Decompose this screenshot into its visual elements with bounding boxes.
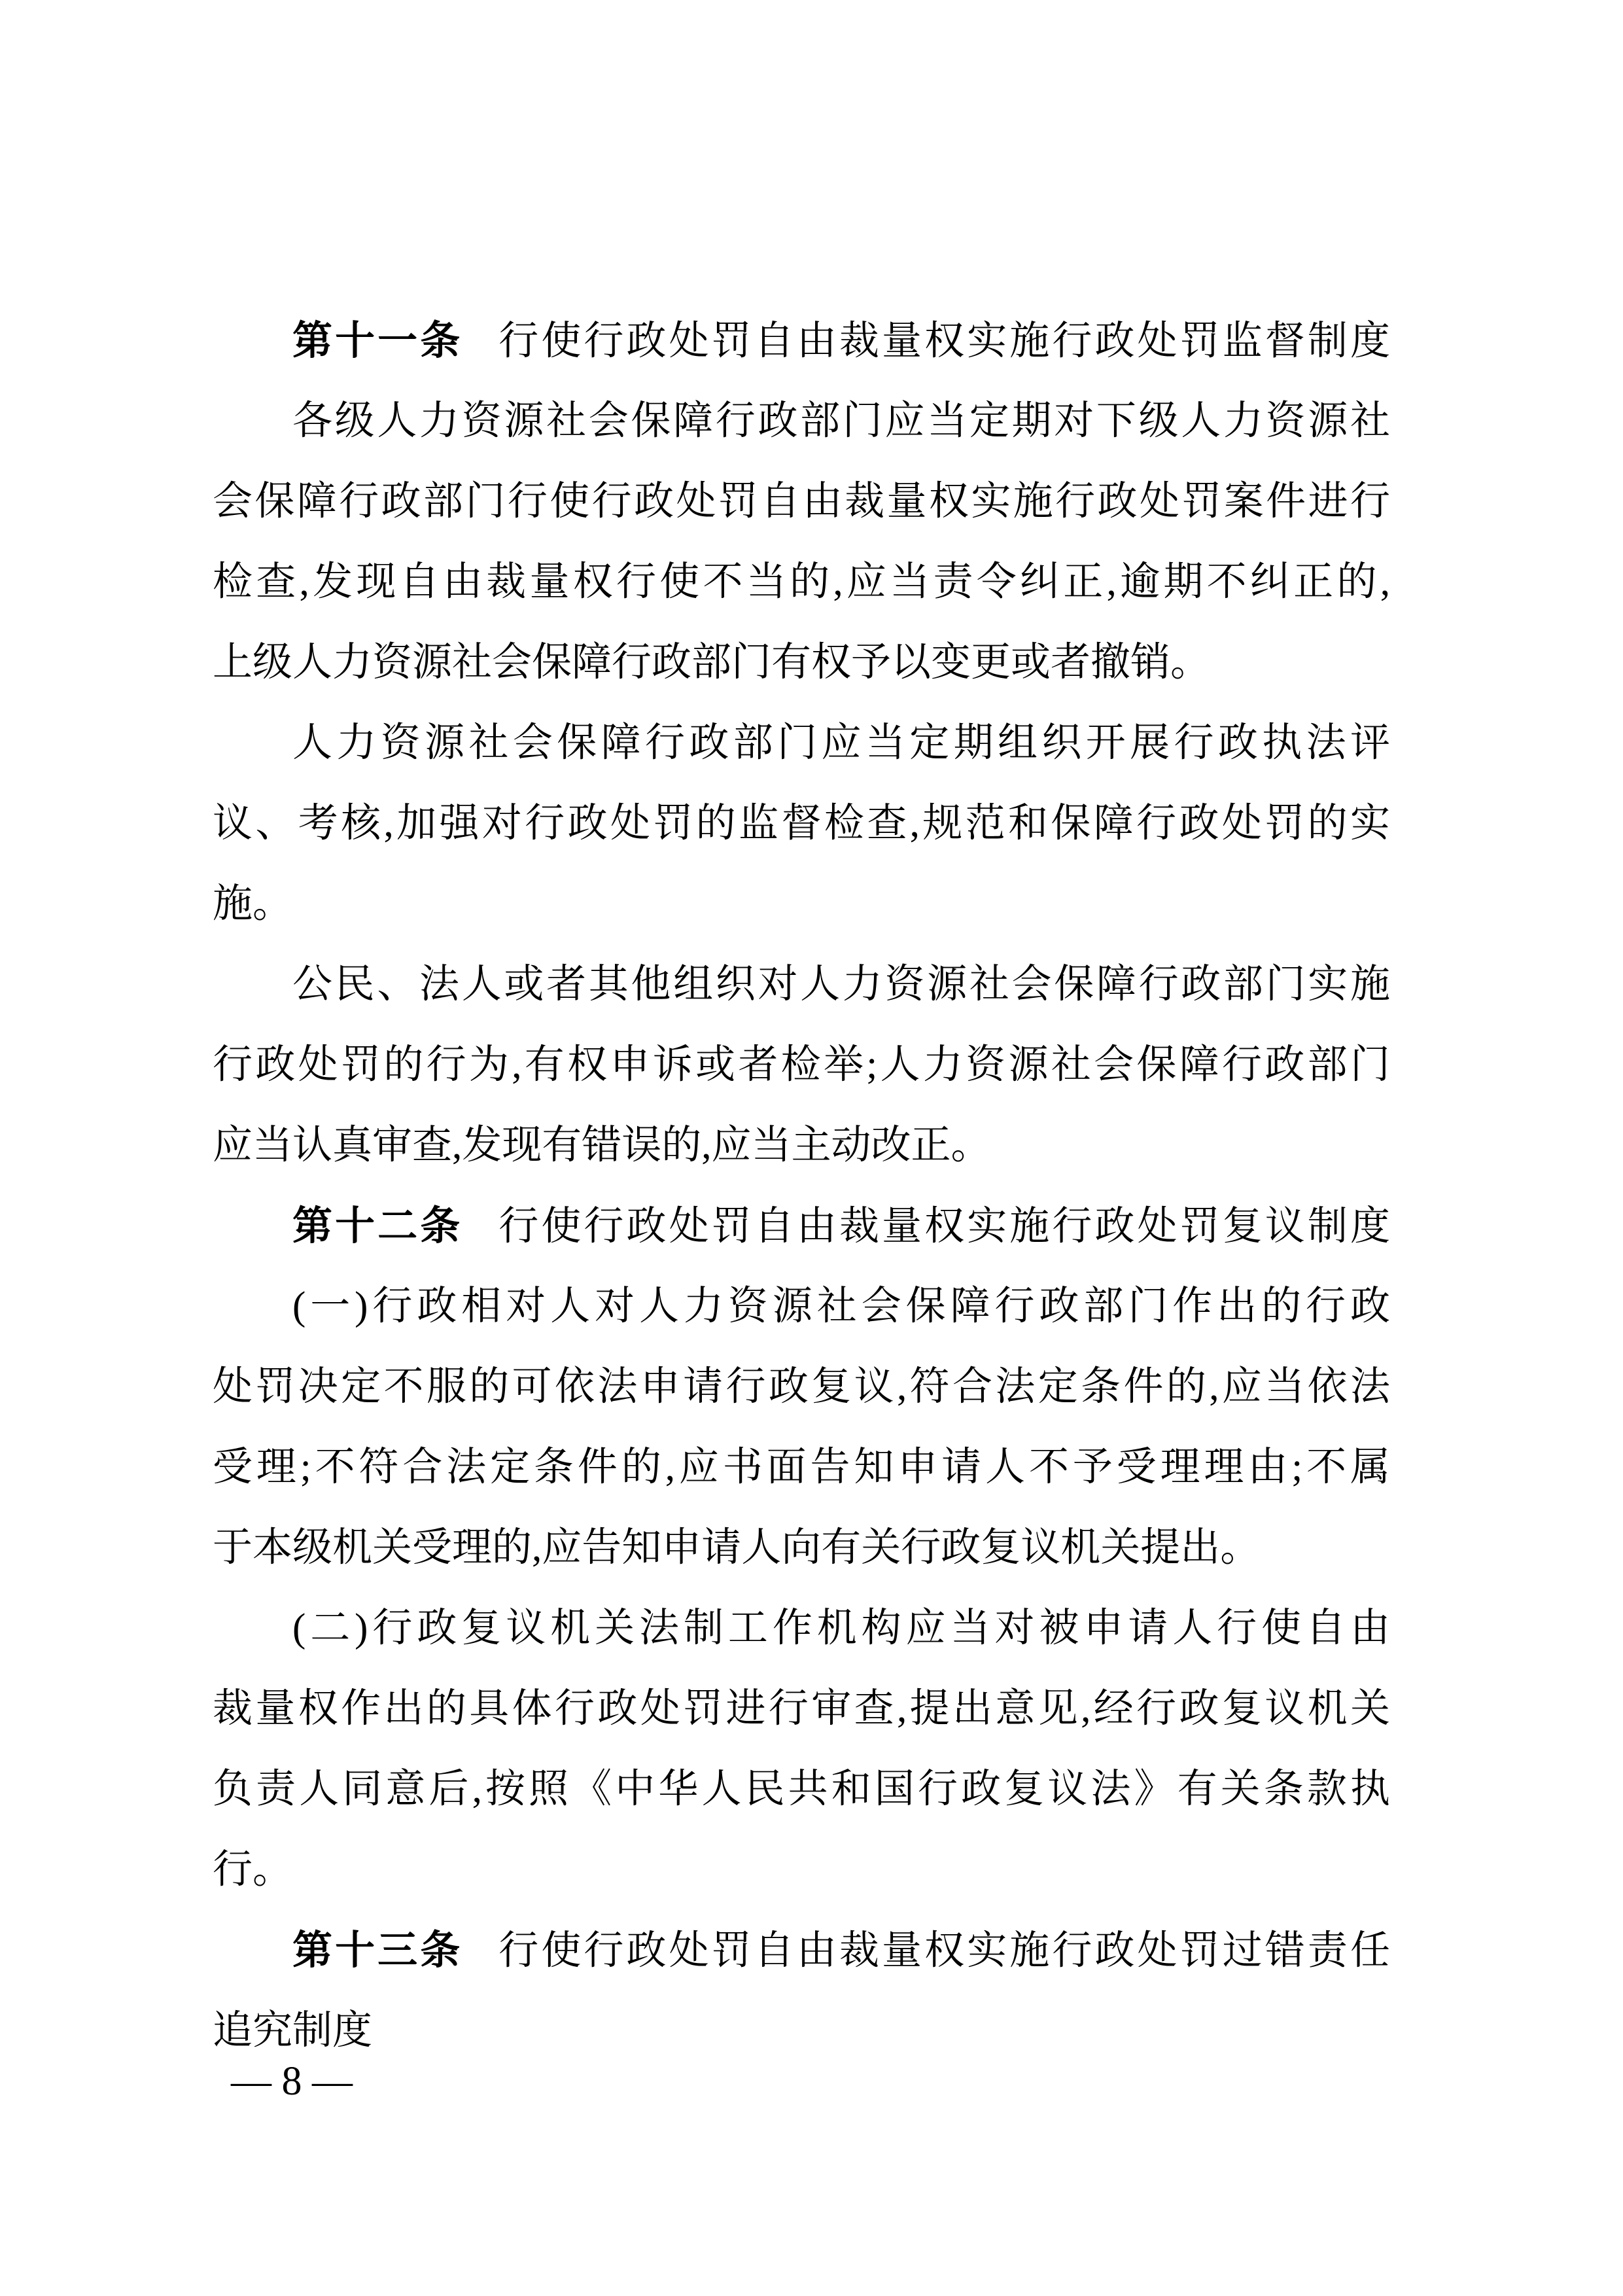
text-line: 各级人力资源社会保障行政部门应当定期对下级人力资源社 — [213, 381, 1390, 461]
article-heading-line: 第十二条行使行政处罚自由裁量权实施行政处罚复议制度 — [213, 1186, 1390, 1266]
text-line: 行。 — [213, 1829, 1390, 1910]
text-line: 于本级机关受理的,应告知申请人向有关行政复议机关提出。 — [213, 1508, 1390, 1588]
text-line: 检查,发现自由裁量权行使不当的,应当责令纠正,逾期不纠正的, — [213, 542, 1390, 622]
document-page: { "document": { "lines": [ { "num": "第十一… — [0, 0, 1623, 2296]
text-line: 议、考核,加强对行政处罚的监督检查,规范和保障行政处罚的实 — [213, 783, 1390, 864]
article-title: 行使行政处罚自由裁量权实施行政处罚过错责任 — [498, 1929, 1390, 1973]
text-line: (二)行政复议机关法制工作机构应当对被申请人行使自由 — [213, 1588, 1390, 1669]
article-number: 第十一条 — [292, 318, 462, 362]
article-number: 第十二条 — [292, 1203, 462, 1248]
article-heading-line: 第十一条行使行政处罚自由裁量权实施行政处罚监督制度 — [213, 300, 1390, 381]
text-block: 第十一条行使行政处罚自由裁量权实施行政处罚监督制度 各级人力资源社会保障行政部门… — [213, 300, 1390, 2122]
article-title: 行使行政处罚自由裁量权实施行政处罚监督制度 — [498, 319, 1390, 363]
article-heading-line: 第十三条行使行政处罚自由裁量权实施行政处罚过错责任 — [213, 1910, 1390, 1990]
article-number: 第十三条 — [292, 1928, 462, 1972]
text-line: 公民、法人或者其他组织对人力资源社会保障行政部门实施 — [213, 944, 1390, 1025]
text-line: 人力资源社会保障行政部门应当定期组织开展行政执法评 — [213, 703, 1390, 783]
text-line: 施。 — [213, 864, 1390, 944]
text-line: 会保障行政部门行使行政处罚自由裁量权实施行政处罚案件进行 — [213, 461, 1390, 542]
page-number: — 8 — — [213, 2041, 1390, 2122]
text-line: 裁量权作出的具体行政处罚进行审查,提出意见,经行政复议机关 — [213, 1669, 1390, 1749]
text-line: (一)行政相对人对人力资源社会保障行政部门作出的行政 — [213, 1266, 1390, 1347]
article-title: 行使行政处罚自由裁量权实施行政处罚复议制度 — [498, 1205, 1390, 1248]
text-line: 应当认真审查,发现有错误的,应当主动改正。 — [213, 1105, 1390, 1186]
text-line: 上级人力资源社会保障行政部门有权予以变更或者撤销。 — [213, 622, 1390, 703]
text-line: 行政处罚的行为,有权申诉或者检举;人力资源社会保障行政部门 — [213, 1025, 1390, 1105]
text-line: 受理;不符合法定条件的,应书面告知申请人不予受理理由;不属 — [213, 1427, 1390, 1508]
text-line: 处罚决定不服的可依法申请行政复议,符合法定条件的,应当依法 — [213, 1347, 1390, 1427]
text-line: 负责人同意后,按照《中华人民共和国行政复议法》有关条款执 — [213, 1749, 1390, 1829]
